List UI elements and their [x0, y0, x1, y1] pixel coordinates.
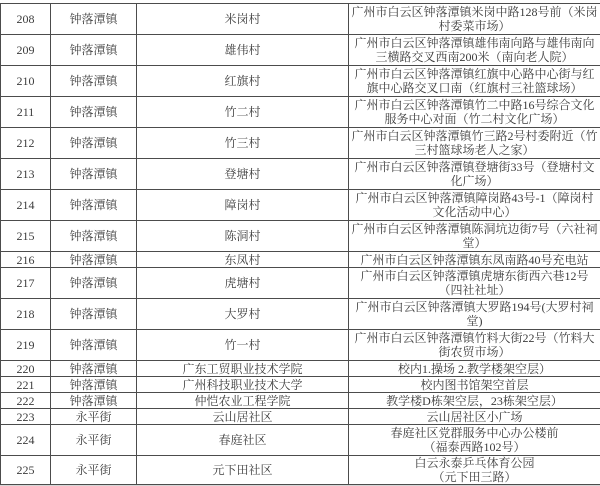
town-cell: 钟落潭镇 — [51, 97, 137, 128]
town-cell: 钟落潭镇 — [51, 393, 137, 409]
site-cell: 竹三村 — [137, 128, 349, 159]
town-cell: 钟落潭镇 — [51, 66, 137, 97]
table-row: 210 钟落潭镇 红旗村 广州市白云区钟落潭镇红旗中心路中心街与红旗中心路交叉口… — [1, 66, 600, 97]
town-cell: 钟落潭镇 — [51, 35, 137, 66]
address-cell: 广州市白云区钟落潭镇大罗路194号(大罗村祠堂) — [349, 299, 600, 330]
row-number-cell: 224 — [1, 425, 51, 456]
address-cell: 广州市白云区钟落潭镇陈洞坑边街7号（六社祠堂） — [349, 221, 600, 252]
table-row: 213 钟落潭镇 登塘村 广州市白云区钟落潭镇登塘街33号（登塘村文化广场） — [1, 159, 600, 190]
address-cell: 广州市白云区钟落潭镇竹三路2号村委附近（竹三村篮球场老人之家） — [349, 128, 600, 159]
row-number-cell: 215 — [1, 221, 51, 252]
town-cell: 永平街 — [51, 409, 137, 425]
row-number-cell: 219 — [1, 330, 51, 361]
town-cell: 钟落潭镇 — [51, 268, 137, 299]
site-cell: 虎塘村 — [137, 268, 349, 299]
site-cell: 仲恺农业工程学院 — [137, 393, 349, 409]
address-cell: 广州市白云区钟落潭镇竹料大街22号（竹料大街农贸市场） — [349, 330, 600, 361]
address-cell: 广州市白云区钟落潭镇红旗中心路中心街与红旗中心路交叉口南（红旗村三社篮球场） — [349, 66, 600, 97]
table-row: 208 钟落潭镇 米岗村 广州市白云区钟落潭镇米岗中路128号前（米岗村委菜市场… — [1, 4, 600, 35]
site-cell: 竹一村 — [137, 330, 349, 361]
table-row: 212 钟落潭镇 竹三村 广州市白云区钟落潭镇竹三路2号村委附近（竹三村篮球场老… — [1, 128, 600, 159]
table-row: 223 永平街 云山居社区 云山居社区小广场 — [1, 409, 600, 425]
town-cell: 永平街 — [51, 456, 137, 485]
town-cell: 钟落潭镇 — [51, 4, 137, 35]
table-row: 214 钟落潭镇 障岗村 广州市白云区钟落潭镇障岗路43号-1（障岗村文化活动中… — [1, 190, 600, 221]
table-row: 221 钟落潭镇 广州科技职业技术大学 校内图书馆架空首层 — [1, 377, 600, 393]
site-cell: 春庭社区 — [137, 425, 349, 456]
locations-table: 208 钟落潭镇 米岗村 广州市白云区钟落潭镇米岗中路128号前（米岗村委菜市场… — [0, 3, 600, 485]
town-cell: 钟落潭镇 — [51, 299, 137, 330]
row-number-cell: 216 — [1, 252, 51, 268]
row-number-cell: 208 — [1, 4, 51, 35]
site-cell: 登塘村 — [137, 159, 349, 190]
site-cell: 大罗村 — [137, 299, 349, 330]
table-row: 224 永平街 春庭社区 春庭社区党群服务中心办公楼前 （福泰西路102号） — [1, 425, 600, 456]
town-cell: 钟落潭镇 — [51, 190, 137, 221]
table-row: 217 钟落潭镇 虎塘村 广州市白云区钟落潭镇虎塘东街西六巷12号（四社社址） — [1, 268, 600, 299]
row-number-cell: 220 — [1, 361, 51, 377]
site-cell: 陈洞村 — [137, 221, 349, 252]
site-cell: 广州科技职业技术大学 — [137, 377, 349, 393]
row-number-cell: 222 — [1, 393, 51, 409]
town-cell: 钟落潭镇 — [51, 159, 137, 190]
table-row: 216 钟落潭镇 东凤村 广州市白云区钟落潭镇东凤南路40号充电站 — [1, 252, 600, 268]
address-cell: 广州市白云区钟落潭镇东凤南路40号充电站 — [349, 252, 600, 268]
row-number-cell: 210 — [1, 66, 51, 97]
row-number-cell: 223 — [1, 409, 51, 425]
town-cell: 钟落潭镇 — [51, 252, 137, 268]
table-row: 211 钟落潭镇 竹二村 广州市白云区钟落潭镇竹二中路16号综合文化服务中心对面… — [1, 97, 600, 128]
site-cell: 雄伟村 — [137, 35, 349, 66]
table-row: 220 钟落潭镇 广东工贸职业技术学院 校内1.操场 2.教学楼架空层） — [1, 361, 600, 377]
address-cell: 校内图书馆架空首层 — [349, 377, 600, 393]
address-cell: 广州市白云区钟落潭镇竹二中路16号综合文化服务中心对面（竹二村文化广场） — [349, 97, 600, 128]
town-cell: 钟落潭镇 — [51, 128, 137, 159]
address-cell: 白云永泰乒乓体育公园 （元下田三路） — [349, 456, 600, 485]
site-cell: 障岗村 — [137, 190, 349, 221]
site-cell: 竹二村 — [137, 97, 349, 128]
site-cell: 东凤村 — [137, 252, 349, 268]
row-number-cell: 218 — [1, 299, 51, 330]
row-number-cell: 217 — [1, 268, 51, 299]
town-cell: 钟落潭镇 — [51, 221, 137, 252]
address-cell: 广州市白云区钟落潭镇虎塘东街西六巷12号（四社社址） — [349, 268, 600, 299]
table-row: 215 钟落潭镇 陈洞村 广州市白云区钟落潭镇陈洞坑边街7号（六社祠堂） — [1, 221, 600, 252]
row-number-cell: 212 — [1, 128, 51, 159]
document-page: 208 钟落潭镇 米岗村 广州市白云区钟落潭镇米岗中路128号前（米岗村委菜市场… — [0, 0, 600, 486]
table-row: 219 钟落潭镇 竹一村 广州市白云区钟落潭镇竹料大街22号（竹料大街农贸市场） — [1, 330, 600, 361]
row-number-cell: 225 — [1, 456, 51, 485]
row-number-cell: 213 — [1, 159, 51, 190]
site-cell: 红旗村 — [137, 66, 349, 97]
town-cell: 钟落潭镇 — [51, 330, 137, 361]
address-cell: 教学楼D栋架空层，23栋架空层） — [349, 393, 600, 409]
site-cell: 米岗村 — [137, 4, 349, 35]
row-number-cell: 209 — [1, 35, 51, 66]
site-cell: 云山居社区 — [137, 409, 349, 425]
table-row: 225 永平街 元下田社区 白云永泰乒乓体育公园 （元下田三路） — [1, 456, 600, 485]
town-cell: 永平街 — [51, 425, 137, 456]
address-cell: 广州市白云区钟落潭镇米岗中路128号前（米岗村委菜市场） — [349, 4, 600, 35]
address-cell: 广州市白云区钟落潭镇雄伟南向路与雄伟南向三横路交叉西南200米（南向老人院） — [349, 35, 600, 66]
row-number-cell: 214 — [1, 190, 51, 221]
row-number-cell: 221 — [1, 377, 51, 393]
address-cell: 春庭社区党群服务中心办公楼前 （福泰西路102号） — [349, 425, 600, 456]
site-cell: 元下田社区 — [137, 456, 349, 485]
locations-table-body: 208 钟落潭镇 米岗村 广州市白云区钟落潭镇米岗中路128号前（米岗村委菜市场… — [1, 4, 600, 485]
row-number-cell: 211 — [1, 97, 51, 128]
table-row: 209 钟落潭镇 雄伟村 广州市白云区钟落潭镇雄伟南向路与雄伟南向三横路交叉西南… — [1, 35, 600, 66]
site-cell: 广东工贸职业技术学院 — [137, 361, 349, 377]
address-cell: 广州市白云区钟落潭镇登塘街33号（登塘村文化广场） — [349, 159, 600, 190]
town-cell: 钟落潭镇 — [51, 377, 137, 393]
town-cell: 钟落潭镇 — [51, 361, 137, 377]
address-cell: 云山居社区小广场 — [349, 409, 600, 425]
table-row: 218 钟落潭镇 大罗村 广州市白云区钟落潭镇大罗路194号(大罗村祠堂) — [1, 299, 600, 330]
address-cell: 校内1.操场 2.教学楼架空层） — [349, 361, 600, 377]
table-row: 222 钟落潭镇 仲恺农业工程学院 教学楼D栋架空层，23栋架空层） — [1, 393, 600, 409]
address-cell: 广州市白云区钟落潭镇障岗路43号-1（障岗村文化活动中心） — [349, 190, 600, 221]
